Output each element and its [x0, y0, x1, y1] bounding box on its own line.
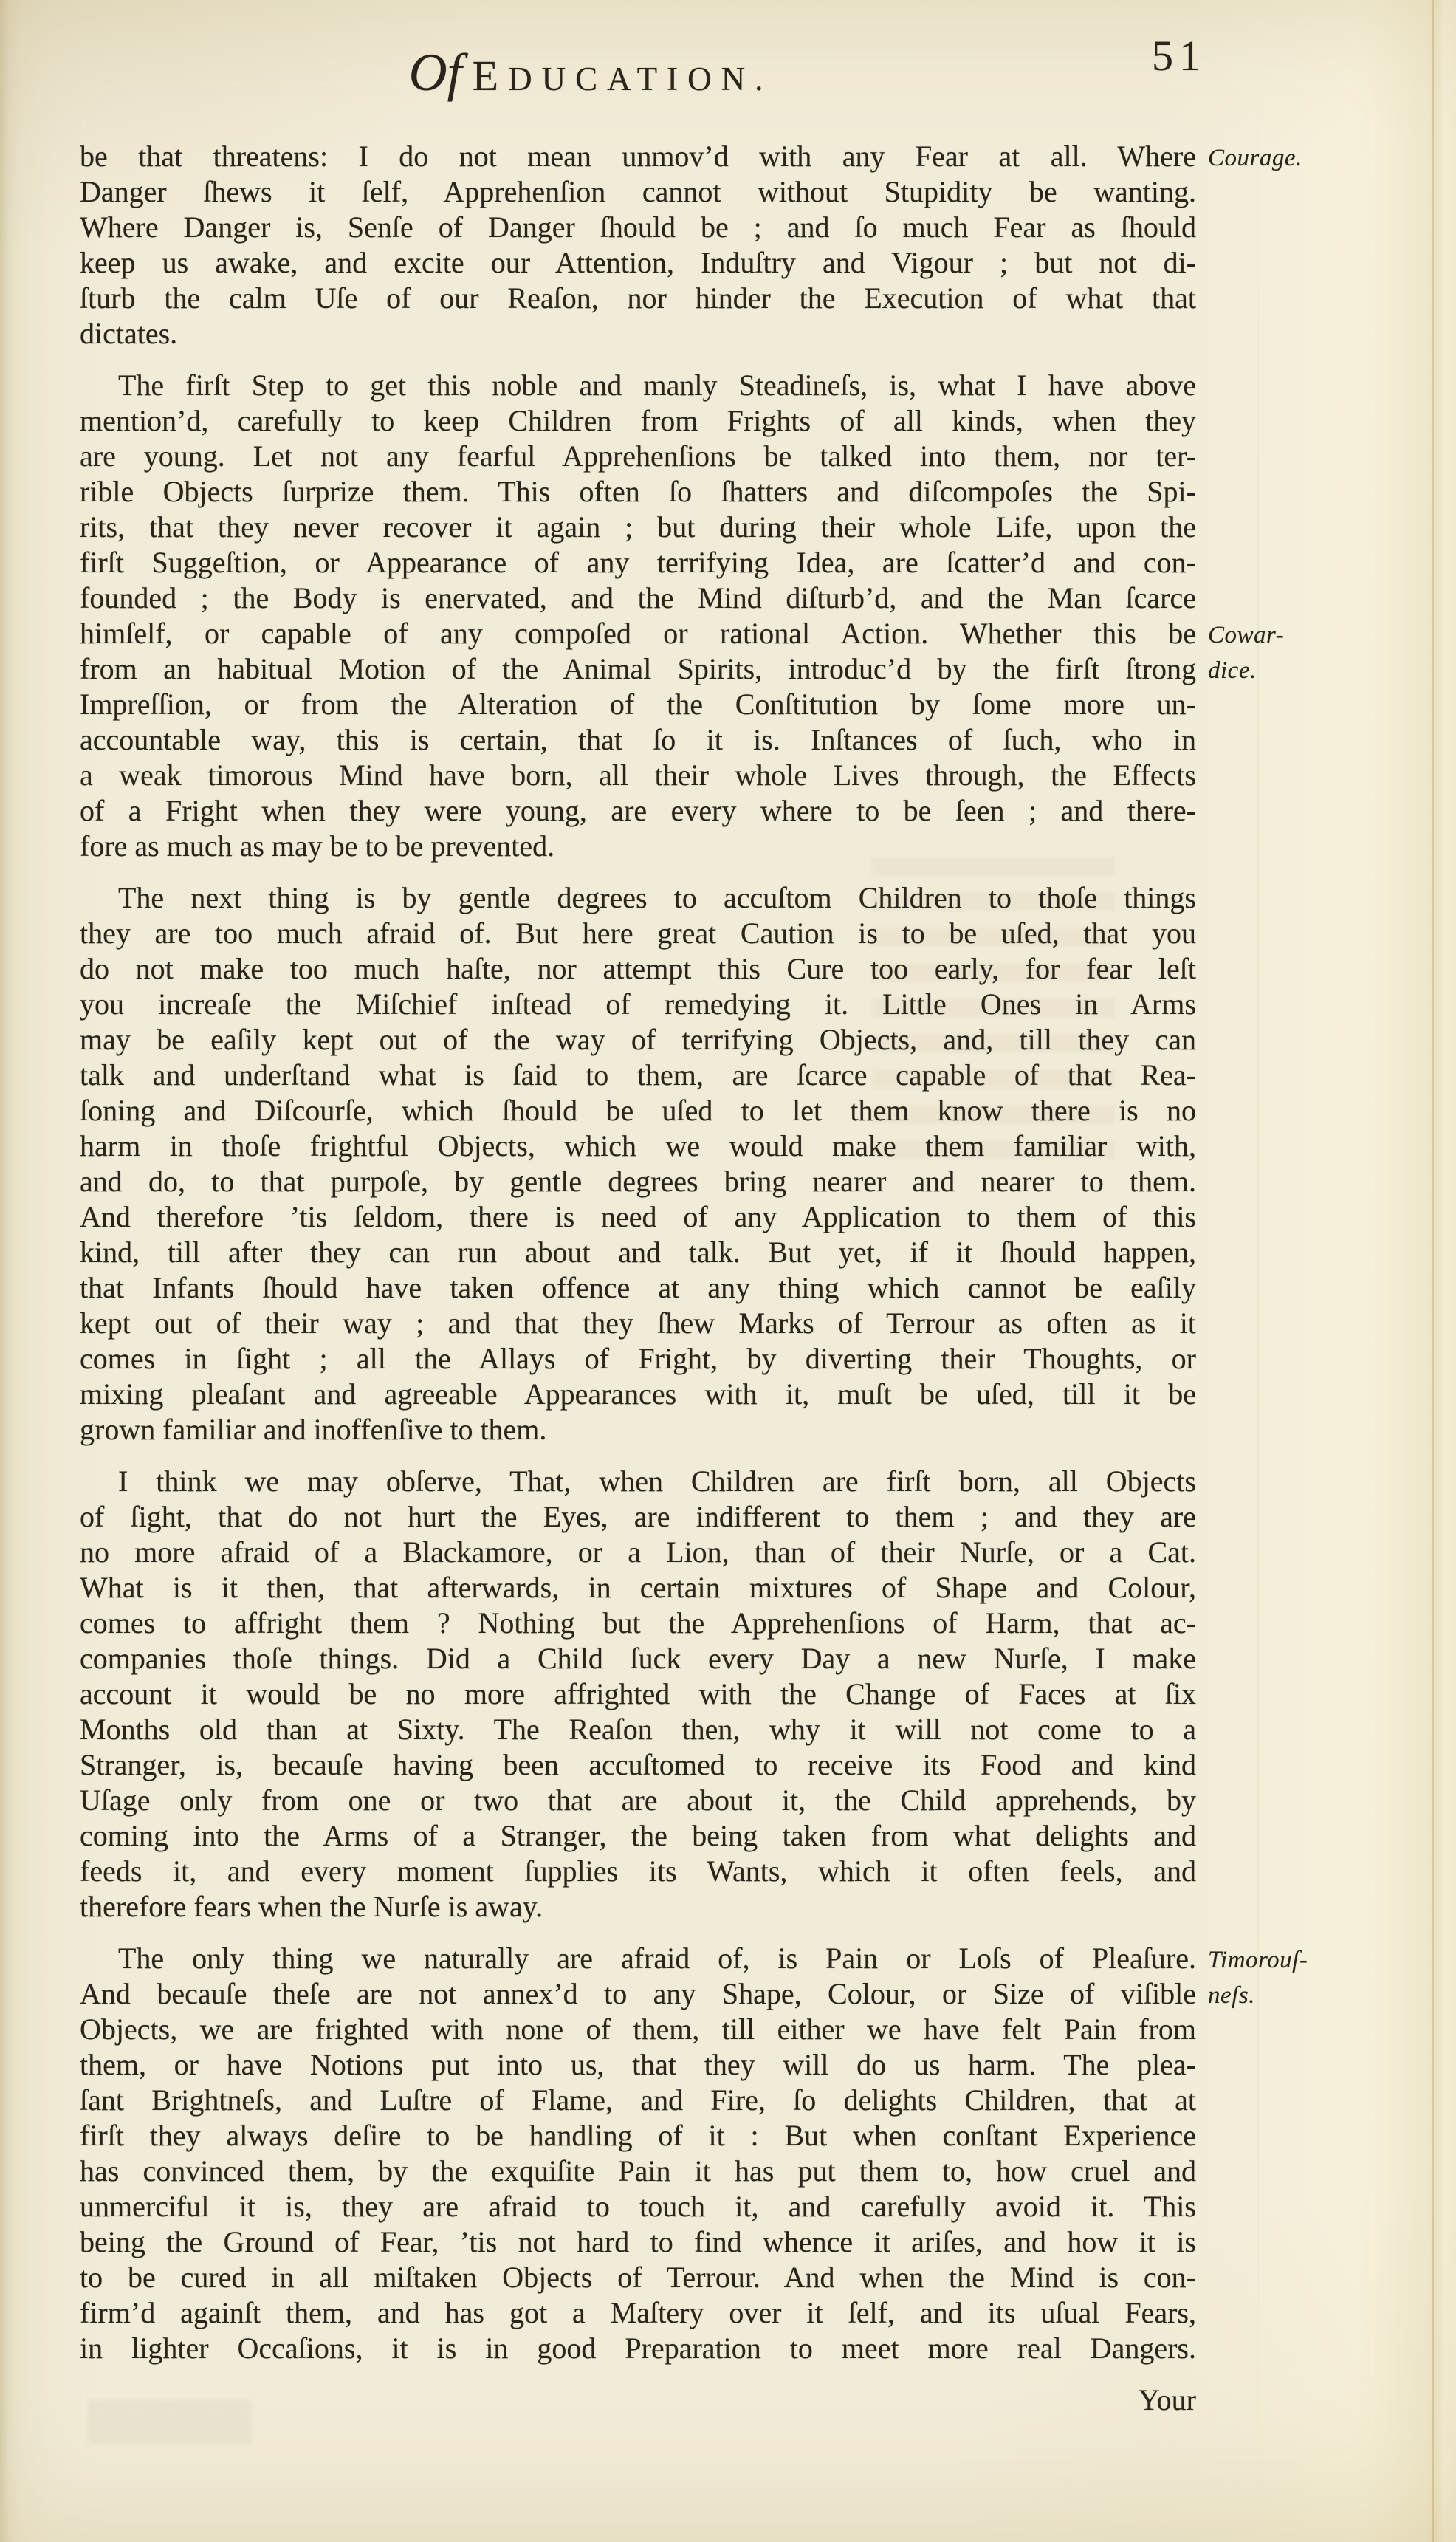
text-line: kept out of their way ; and that they ſh…	[80, 1306, 1196, 1341]
text-line: and do, to that purpoſe, by gentle degre…	[80, 1164, 1196, 1199]
text-line: mention’d, carefully to keep Children fr…	[80, 403, 1196, 439]
page-title: Of E DUCATION.	[32, 46, 1149, 99]
text-line: grown familiar and inoffenſive to them.	[80, 1412, 1196, 1448]
text-line: dictates.	[80, 316, 1196, 352]
text-line: And therefore ’tis ſeldom, there is need…	[80, 1199, 1196, 1235]
text-line: rible Objects ſurprize them. This often …	[80, 474, 1196, 510]
text-line: rits, that they never recover it again ;…	[80, 510, 1196, 545]
margin-note: Cowar-	[1208, 618, 1393, 653]
text-line: no more afraid of a Blackamore, or a Lio…	[80, 1535, 1196, 1570]
text-line: ſoning and Diſcourſe, which ſhould be uſ…	[80, 1093, 1196, 1128]
text-line: kind, till after they can run about and …	[80, 1235, 1196, 1270]
text-line: Stranger, is, becauſe having been accuſt…	[80, 1747, 1196, 1783]
text-line: in lighter Occaſions, it is in good Prep…	[80, 2331, 1196, 2366]
text-line: And becauſe theſe are not annex’d to any…	[80, 1976, 1196, 2012]
text-line: ſant Brightneſs, and Luſtre of Flame, an…	[80, 2083, 1196, 2118]
page-fold-line	[1257, 0, 1259, 2542]
page-header: Of E DUCATION.	[80, 46, 1196, 127]
text-line: firm’d againſt them, and has got a Maſte…	[80, 2295, 1196, 2331]
text-line: comes in ſight ; all the Allays of Frigh…	[80, 1341, 1196, 1377]
text-line: fore as much as may be to be prevented.	[80, 829, 1196, 864]
paragraph: be that threatens: I do not mean unmov’d…	[80, 139, 1196, 352]
text-line: them, or have Notions put into us, that …	[80, 2047, 1196, 2083]
text-line: Months old than at Sixty. The Reaſon the…	[80, 1712, 1196, 1747]
text-line: unmerciful it is, they are afraid to tou…	[80, 2189, 1196, 2224]
text-line: firſt they always deſire to be handling …	[80, 2118, 1196, 2154]
text-line: be that threatens: I do not mean unmov’d…	[80, 139, 1196, 174]
margin-note: Timorouſ-	[1208, 1943, 1393, 1978]
text-line: you increaſe the Miſchief inſtead of rem…	[80, 987, 1196, 1022]
text-line: from an habitual Motion of the Animal Sp…	[80, 651, 1196, 687]
text-line: are young. Let not any fearful Apprehenſ…	[80, 439, 1196, 474]
title-initial-letter: E	[473, 55, 508, 97]
book-page-scan: Of E DUCATION. 51 be that threatens: I d…	[0, 0, 1456, 2542]
text-line: they are too much afraid of. But here gr…	[80, 916, 1196, 951]
text-line: The only thing we naturally are afraid o…	[80, 1941, 1196, 1976]
text-line: talk and underſtand what is ſaid to them…	[80, 1058, 1196, 1093]
margin-note: dice.	[1208, 654, 1393, 688]
text-line: The next thing is by gentle degrees to a…	[80, 880, 1196, 916]
text-line: Impreſſion, or from the Alteration of th…	[80, 687, 1196, 722]
text-line: may be eaſily kept out of the way of ter…	[80, 1022, 1196, 1058]
text-line: Danger ſhews it ſelf, Apprehenſion canno…	[80, 174, 1196, 210]
text-line: of a Fright when they were young, are ev…	[80, 793, 1196, 829]
paragraph: The firſt Step to get this noble and man…	[80, 368, 1196, 864]
catchword: Your	[80, 2382, 1196, 2418]
paragraph: The only thing we naturally are afraid o…	[80, 1941, 1196, 2366]
text-line: Objects, we are frighted with none of th…	[80, 2012, 1196, 2047]
text-line: What is it then, that afterwards, in cer…	[80, 1570, 1196, 1606]
page-number: 51	[1152, 31, 1206, 80]
text-line: account it would be no more affrighted w…	[80, 1676, 1196, 1712]
text-line: himſelf, or capable of any compoſed or r…	[80, 616, 1196, 651]
page-edge-crease	[1432, 0, 1434, 2542]
text-line: ſturb the calm Uſe of our Reaſon, nor hi…	[80, 281, 1196, 316]
margin-note: Courage.	[1208, 141, 1393, 176]
text-line: Where Danger is, Senſe of Danger ſhould …	[80, 210, 1196, 245]
title-of-word: Of	[409, 46, 462, 99]
text-line: comes to affright them ? Nothing but the…	[80, 1606, 1196, 1641]
margin-note: neſs.	[1208, 1979, 1393, 2013]
text-body: be that threatens: I do not mean unmov’d…	[80, 139, 1196, 2382]
paragraph: The next thing is by gentle degrees to a…	[80, 880, 1196, 1448]
text-line: has convinced them, by the exquiſite Pai…	[80, 2154, 1196, 2189]
text-line: of ſight, that do not hurt the Eyes, are…	[80, 1499, 1196, 1535]
text-line: a weak timorous Mind have born, all thei…	[80, 758, 1196, 793]
text-line: keep us awake, and excite our Attention,…	[80, 245, 1196, 281]
text-line: therefore fears when the Nurſe is away.	[80, 1889, 1196, 1925]
text-line: Uſage only from one or two that are abou…	[80, 1783, 1196, 1818]
text-line: founded ; the Body is enervated, and the…	[80, 580, 1196, 616]
text-line: harm in thoſe frightful Objects, which w…	[80, 1128, 1196, 1164]
text-line: feeds it, and every moment ſupplies its …	[80, 1854, 1196, 1889]
text-line: to be cured in all miſtaken Objects of T…	[80, 2260, 1196, 2295]
text-line: I think we may obſerve, That, when Child…	[80, 1464, 1196, 1499]
text-line: being the Ground of Fear, ’tis not hard …	[80, 2224, 1196, 2260]
text-line: that Infants ſhould have taken offence a…	[80, 1270, 1196, 1306]
paragraph: I think we may obſerve, That, when Child…	[80, 1464, 1196, 1925]
text-line: accountable way, this is certain, that ſ…	[80, 722, 1196, 758]
text-line: companies thoſe things. Did a Child ſuck…	[80, 1641, 1196, 1676]
text-line: coming into the Arms of a Stranger, the …	[80, 1818, 1196, 1854]
text-line: The firſt Step to get this noble and man…	[80, 368, 1196, 403]
text-line: do not make too much haſte, nor attempt …	[80, 951, 1196, 987]
text-line: firſt Suggeſtion, or Appearance of any t…	[80, 545, 1196, 580]
title-education-word: DUCATION.	[508, 63, 772, 96]
text-line: mixing pleaſant and agreeable Appearance…	[80, 1377, 1196, 1412]
